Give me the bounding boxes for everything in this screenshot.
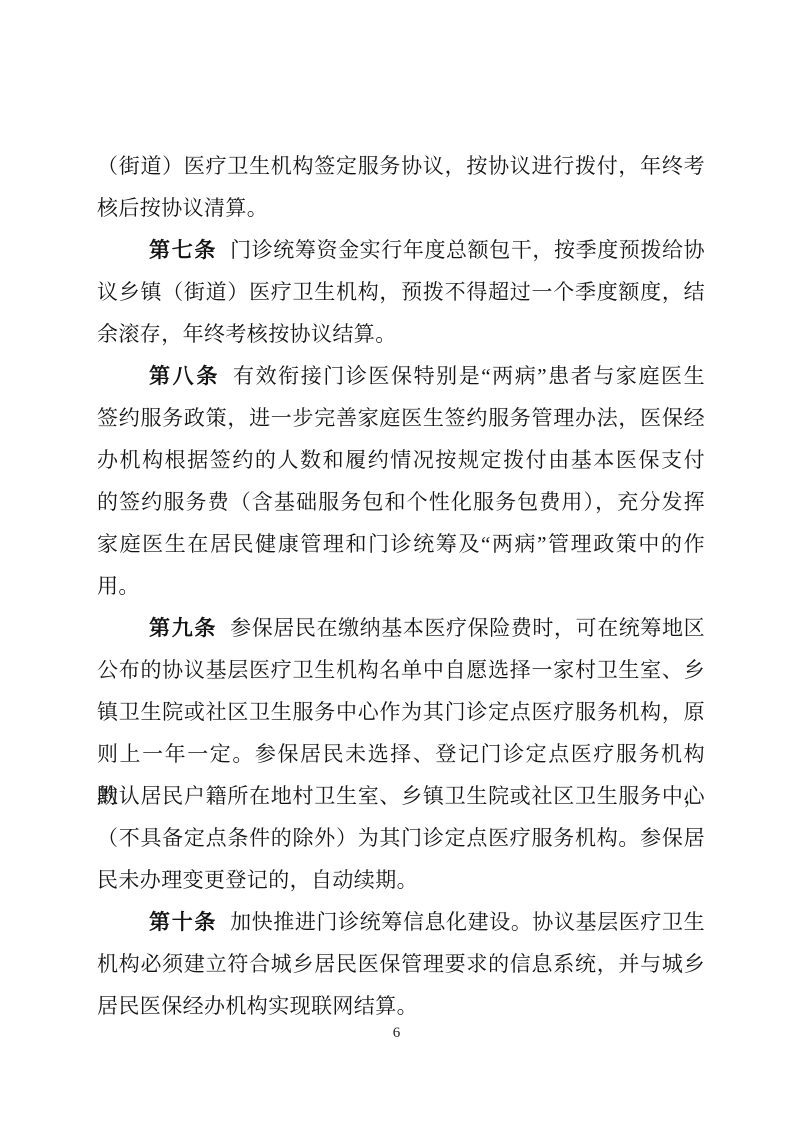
text-line: 家庭医生在居民健康管理和门诊统筹及“两病”管理政策中的作 (97, 523, 705, 565)
article-text: 加快推进门诊统筹信息化建设。协议基层医疗卫生 (230, 910, 705, 934)
text-line: 默认居民户籍所在地村卫生室、乡镇卫生院或社区卫生服务中心 (97, 775, 705, 817)
text-line: 第九条参保居民在缴纳基本医疗保险费时，可在统筹地区 (97, 607, 705, 649)
text-line: 第七条门诊统筹资金实行年度总额包干，按季度预拨给协 (97, 229, 705, 271)
text-line: 签约服务政策，进一步完善家庭医生签约服务管理办法，医保经 (97, 397, 705, 439)
article-number: 第七条 (149, 239, 217, 262)
article-number: 第九条 (149, 617, 217, 640)
article-text: 参保居民在缴纳基本医疗保险费时，可在统筹地区 (230, 616, 705, 640)
article-text: 门诊统筹资金实行年度总额包干，按季度预拨给协 (230, 238, 705, 262)
text-line: 则上一年一定。参保居民未选择、登记门诊定点医疗服务机构的， (97, 733, 705, 775)
text-line: （不具备定点条件的除外）为其门诊定点医疗服务机构。参保居 (97, 817, 705, 859)
article-number: 第十条 (149, 911, 217, 934)
text-line: 余滚存，年终考核按协议结算。 (97, 313, 705, 355)
text-line: 居民医保经办机构实现联网结算。 (97, 985, 705, 1027)
text-line: 第八条有效衔接门诊医保特别是“两病”患者与家庭医生 (97, 355, 705, 397)
text-line: 镇卫生院或社区卫生服务中心作为其门诊定点医疗服务机构，原 (97, 691, 705, 733)
page-number: 6 (0, 1023, 793, 1043)
text-line: 机构必须建立符合城乡居民医保管理要求的信息系统，并与城乡 (97, 943, 705, 985)
text-line: 用。 (97, 565, 705, 607)
text-line: 民未办理变更登记的，自动续期。 (97, 859, 705, 901)
document-page: （街道）医疗卫生机构签定服务协议，按协议进行拨付，年终考核后按协议清算。第七条门… (0, 0, 793, 1122)
text-line: 的签约服务费（含基础服务包和个性化服务包费用），充分发挥 (97, 481, 705, 523)
text-line: 公布的协议基层医疗卫生机构名单中自愿选择一家村卫生室、乡 (97, 649, 705, 691)
article-number: 第八条 (149, 365, 220, 388)
text-line: 核后按协议清算。 (97, 187, 705, 229)
text-line: 第十条加快推进门诊统筹信息化建设。协议基层医疗卫生 (97, 901, 705, 943)
text-line: 办机构根据签约的人数和履约情况按规定拨付由基本医保支付 (97, 439, 705, 481)
text-line: （街道）医疗卫生机构签定服务协议，按协议进行拨付，年终考 (97, 145, 705, 187)
article-text: 有效衔接门诊医保特别是“两病”患者与家庭医生 (233, 364, 705, 388)
text-line: 议乡镇（街道）医疗卫生机构，预拨不得超过一个季度额度，结 (97, 271, 705, 313)
document-body: （街道）医疗卫生机构签定服务协议，按协议进行拨付，年终考核后按协议清算。第七条门… (97, 145, 705, 1027)
